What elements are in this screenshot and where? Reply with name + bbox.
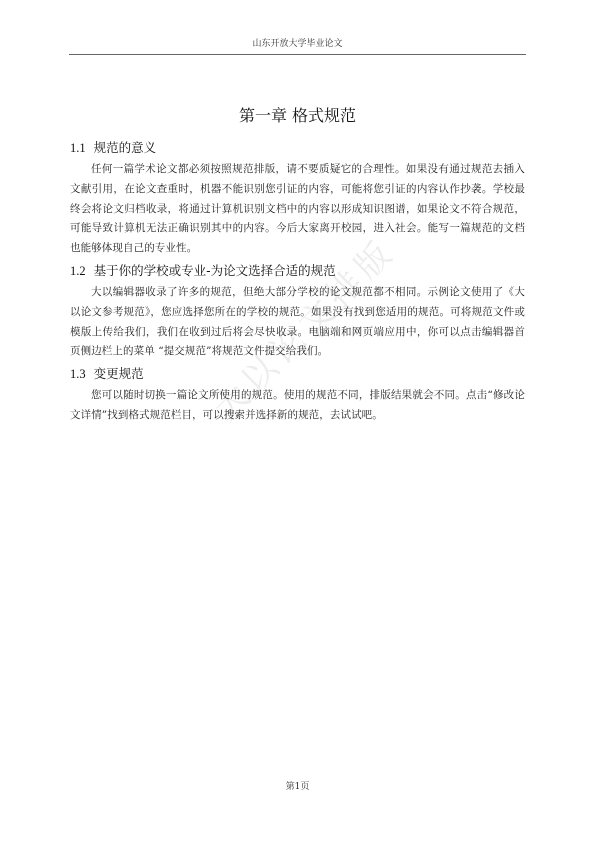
header-rule (69, 54, 526, 55)
section-heading: 1.1规范的意义 (70, 140, 525, 156)
paragraph: 您可以随时切换一篇论文所使用的规范。使用的规范不同，排版结果就会不同。点击“修改… (70, 386, 525, 426)
section-1-1: 1.1规范的意义 任何一篇学术论文都必须按照规范排版，请不要质疑它的合理性。如果… (70, 140, 525, 259)
page-number: 第1页 (0, 779, 595, 792)
section-title: 规范的意义 (94, 140, 157, 155)
section-title: 变更规范 (94, 366, 144, 381)
paragraph: 大以编辑器收录了许多的规范，但绝大部分学校的论文规范都不相同。示例论文使用了《大… (70, 283, 525, 362)
document-body: 第一章 格式规范 1.1规范的意义 任何一篇学术论文都必须按照规范排版，请不要质… (70, 100, 525, 426)
section-heading: 1.3变更规范 (70, 366, 525, 382)
section-1-3: 1.3变更规范 您可以随时切换一篇论文所使用的规范。使用的规范不同，排版结果就会… (70, 366, 525, 426)
section-1-2: 1.2基于你的学校或专业-为论文选择合适的规范 大以编辑器收录了许多的规范，但绝… (70, 263, 525, 362)
section-number: 1.2 (70, 264, 86, 278)
paragraph: 任何一篇学术论文都必须按照规范排版，请不要质疑它的合理性。如果没有通过规范去插入… (70, 160, 525, 259)
section-title: 基于你的学校或专业-为论文选择合适的规范 (94, 263, 336, 278)
section-heading: 1.2基于你的学校或专业-为论文选择合适的规范 (70, 263, 525, 279)
page-header: 山东开放大学毕业论文 (69, 38, 526, 50)
chapter-title: 第一章 格式规范 (70, 106, 525, 126)
section-number: 1.1 (70, 141, 86, 155)
section-number: 1.3 (70, 367, 86, 381)
